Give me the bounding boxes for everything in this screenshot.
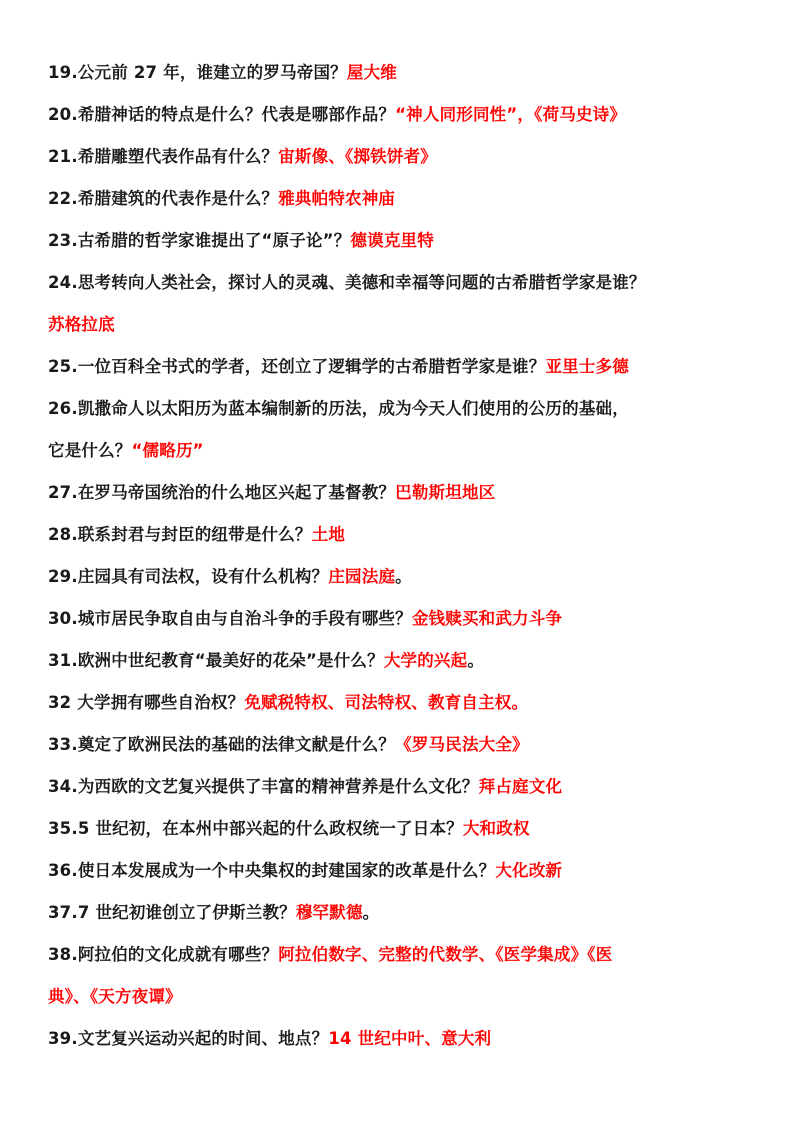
line-34: 34.为西欧的文艺复兴提供了丰富的精神营养是什么文化？拜占庭文化: [48, 766, 768, 808]
question-text: 39.文艺复兴运动兴起的时间、地点？: [48, 1029, 328, 1048]
line-19: 19.公元前 27 年，谁建立的罗马帝国？屋大维: [48, 52, 768, 94]
answer-text: 14 世纪中叶、意大利: [328, 1029, 491, 1048]
answer-text: 阿拉伯数字、完整的代数学、《医学集成》《医: [278, 945, 612, 964]
answer-text: 大化改新: [495, 861, 562, 880]
question-text: 29.庄园具有司法权，设有什么机构？: [48, 567, 328, 586]
line-26-cont: 它是什么？“儒略历”: [48, 430, 768, 472]
answer-text: 大和政权: [463, 819, 530, 838]
answer-text: 苏格拉底: [48, 315, 115, 334]
line-24: 24.思考转向人类社会，探讨人的灵魂、美德和幸福等问题的古希腊哲学家是谁？: [48, 262, 768, 304]
line-25: 25.一位百科全书式的学者，还创立了逻辑学的古希腊哲学家是谁？亚里士多德: [48, 346, 768, 388]
question-text: 33.奠定了欧洲民法的基础的法律文献是什么？: [48, 735, 395, 754]
question-text: 25.一位百科全书式的学者，还创立了逻辑学的古希腊哲学家是谁？: [48, 357, 545, 376]
answer-text: 宙斯像、《掷铁饼者》: [278, 147, 437, 166]
question-text: 20.希腊神话的特点是什么？代表是哪部作品？: [48, 105, 395, 124]
answer-text: 大学的兴起: [384, 651, 468, 670]
answer-text: 雅典帕特农神庙: [278, 189, 395, 208]
question-text: 它是什么？: [48, 441, 132, 460]
question-text: 27.在罗马帝国统治的什么地区兴起了基督教？: [48, 483, 395, 502]
answer-text: “神人同形同性”，《荷马史诗》: [395, 105, 626, 124]
line-23: 23.古希腊的哲学家谁提出了“原子论”？德谟克里特: [48, 220, 768, 262]
answer-text: “儒略历”: [132, 441, 204, 460]
answer-text: 典》、《天方夜谭》: [48, 987, 182, 1006]
question-text: 21.希腊雕塑代表作品有什么？: [48, 147, 278, 166]
line-38: 38.阿拉伯的文化成就有哪些？阿拉伯数字、完整的代数学、《医学集成》《医: [48, 934, 768, 976]
answer-text: 屋大维: [347, 63, 397, 82]
question-text: 28.联系封君与封臣的纽带是什么？: [48, 525, 312, 544]
trailing-punct: 。: [467, 651, 484, 670]
line-38-cont: 典》、《天方夜谭》: [48, 976, 768, 1018]
line-32: 32 大学拥有哪些自治权？免赋税特权、司法特权、教育自主权。: [48, 682, 768, 724]
line-21: 21.希腊雕塑代表作品有什么？宙斯像、《掷铁饼者》: [48, 136, 768, 178]
question-text: 36.使日本发展成为一个中央集权的封建国家的改革是什么？: [48, 861, 495, 880]
qa-document: 19.公元前 27 年，谁建立的罗马帝国？屋大维 20.希腊神话的特点是什么？代…: [48, 52, 768, 1060]
trailing-punct: 。: [363, 903, 380, 922]
answer-text: 德谟克里特: [350, 231, 434, 250]
question-text: 30.城市居民争取自由与自治斗争的手段有哪些？: [48, 609, 412, 628]
answer-text: 土地: [312, 525, 345, 544]
answer-text: 亚里士多德: [545, 357, 629, 376]
line-33: 33.奠定了欧洲民法的基础的法律文献是什么？《罗马民法大全》: [48, 724, 768, 766]
question-text: 31.欧洲中世纪教育“最美好的花朵”是什么？: [48, 651, 384, 670]
answer-text: 金钱赎买和武力斗争: [412, 609, 562, 628]
trailing-punct: 。: [395, 567, 412, 586]
question-text: 32 大学拥有哪些自治权？: [48, 693, 244, 712]
line-36: 36.使日本发展成为一个中央集权的封建国家的改革是什么？大化改新: [48, 850, 768, 892]
answer-text: 庄园法庭: [328, 567, 395, 586]
answer-text: 巴勒斯坦地区: [395, 483, 495, 502]
question-text: 19.公元前 27 年，谁建立的罗马帝国？: [48, 63, 347, 82]
answer-text: 拜占庭文化: [479, 777, 563, 796]
line-31: 31.欧洲中世纪教育“最美好的花朵”是什么？大学的兴起。: [48, 640, 768, 682]
line-39: 39.文艺复兴运动兴起的时间、地点？14 世纪中叶、意大利: [48, 1018, 768, 1060]
line-22: 22.希腊建筑的代表作是什么？雅典帕特农神庙: [48, 178, 768, 220]
question-text: 24.思考转向人类社会，探讨人的灵魂、美德和幸福等问题的古希腊哲学家是谁？: [48, 273, 646, 292]
question-text: 23.古希腊的哲学家谁提出了“原子论”？: [48, 231, 350, 250]
question-text: 38.阿拉伯的文化成就有哪些？: [48, 945, 278, 964]
line-29: 29.庄园具有司法权，设有什么机构？庄园法庭。: [48, 556, 768, 598]
answer-text: 免赋税特权、司法特权、教育自主权。: [244, 693, 528, 712]
line-37: 37.7 世纪初谁创立了伊斯兰教？穆罕默德。: [48, 892, 768, 934]
answer-text: 穆罕默德: [296, 903, 363, 922]
line-24-answer: 苏格拉底: [48, 304, 768, 346]
line-20: 20.希腊神话的特点是什么？代表是哪部作品？“神人同形同性”，《荷马史诗》: [48, 94, 768, 136]
answer-text: 《罗马民法大全》: [395, 735, 529, 754]
line-27: 27.在罗马帝国统治的什么地区兴起了基督教？巴勒斯坦地区: [48, 472, 768, 514]
line-30: 30.城市居民争取自由与自治斗争的手段有哪些？金钱赎买和武力斗争: [48, 598, 768, 640]
line-28: 28.联系封君与封臣的纽带是什么？土地: [48, 514, 768, 556]
question-text: 26.凯撒命人以太阳历为蓝本编制新的历法，成为今天人们使用的公历的基础，: [48, 399, 629, 418]
line-26: 26.凯撒命人以太阳历为蓝本编制新的历法，成为今天人们使用的公历的基础，: [48, 388, 768, 430]
question-text: 34.为西欧的文艺复兴提供了丰富的精神营养是什么文化？: [48, 777, 479, 796]
question-text: 35.5 世纪初，在本州中部兴起的什么政权统一了日本？: [48, 819, 463, 838]
question-text: 37.7 世纪初谁创立了伊斯兰教？: [48, 903, 296, 922]
line-35: 35.5 世纪初，在本州中部兴起的什么政权统一了日本？大和政权: [48, 808, 768, 850]
question-text: 22.希腊建筑的代表作是什么？: [48, 189, 278, 208]
